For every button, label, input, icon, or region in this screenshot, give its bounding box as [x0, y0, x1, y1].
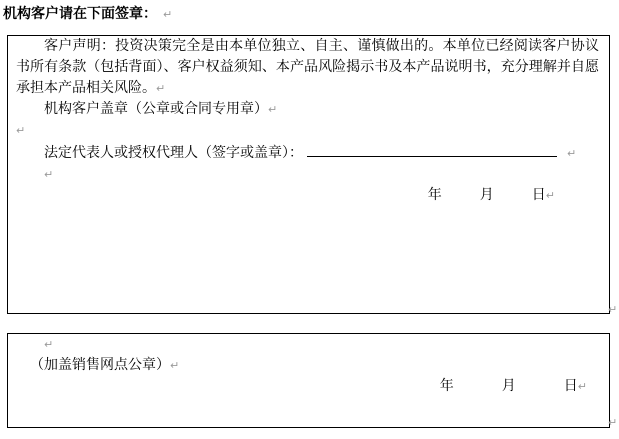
page-title-text: 机构客户请在下面签章： — [3, 6, 157, 22]
representative-label: 法定代表人或授权代理人（签字或盖章）： — [44, 145, 303, 161]
return-mark-icon: ↵ — [156, 82, 165, 95]
org-seal-line: 机构客户盖章（公章或合同专用章）↵ — [16, 99, 599, 120]
return-mark-icon: ↵ — [608, 303, 617, 316]
return-mark-icon: ↵ — [546, 189, 555, 202]
empty-paragraph: ↵ — [16, 164, 599, 185]
day-label: 日 — [532, 187, 546, 203]
return-mark-icon: ↵ — [16, 124, 25, 137]
page-title: 机构客户请在下面签章：↵ — [3, 5, 172, 24]
date-line: 年月日↵ — [16, 376, 599, 397]
client-declaration-text: 客户声明：投资决策完全是由本单位独立、自主、谨慎做出的。本单位已经阅读客户协议书… — [16, 38, 599, 96]
return-mark-icon: ↵ — [608, 416, 617, 429]
year-label: 年 — [440, 378, 454, 394]
return-mark-icon: ↵ — [578, 380, 587, 393]
outlet-seal-line: （加盖销售网点公章）↵ — [16, 355, 599, 376]
empty-paragraph: ↵ — [16, 334, 599, 355]
org-seal-label: 机构客户盖章（公章或合同专用章） — [44, 101, 268, 117]
document-page: 机构客户请在下面签章：↵ 客户声明：投资决策完全是由本单位独立、自主、谨慎做出的… — [0, 0, 619, 439]
return-mark-icon: ↵ — [567, 147, 576, 160]
date-line: 年月日↵ — [16, 185, 599, 206]
signature-blank-field[interactable] — [307, 141, 557, 157]
institution-declaration-box: 客户声明：投资决策完全是由本单位独立、自主、谨慎做出的。本单位已经阅读客户协议书… — [7, 35, 610, 314]
representative-signature-line: 法定代表人或授权代理人（签字或盖章）：↵ — [16, 141, 599, 164]
empty-paragraph: ↵ — [16, 120, 599, 141]
return-mark-icon: ↵ — [163, 8, 172, 21]
month-label: 月 — [502, 378, 516, 394]
return-mark-icon: ↵ — [268, 103, 277, 116]
month-label: 月 — [480, 187, 494, 203]
return-mark-icon: ↵ — [44, 168, 53, 181]
day-label: 日 — [564, 378, 578, 394]
outlet-seal-label: （加盖销售网点公章） — [30, 357, 170, 373]
sales-outlet-seal-box: ↵ （加盖销售网点公章）↵ 年月日↵ — [7, 333, 610, 428]
year-label: 年 — [428, 187, 442, 203]
return-mark-icon: ↵ — [44, 338, 53, 351]
return-mark-icon: ↵ — [170, 359, 179, 372]
client-declaration-paragraph: 客户声明：投资决策完全是由本单位独立、自主、谨慎做出的。本单位已经阅读客户协议书… — [16, 36, 599, 99]
